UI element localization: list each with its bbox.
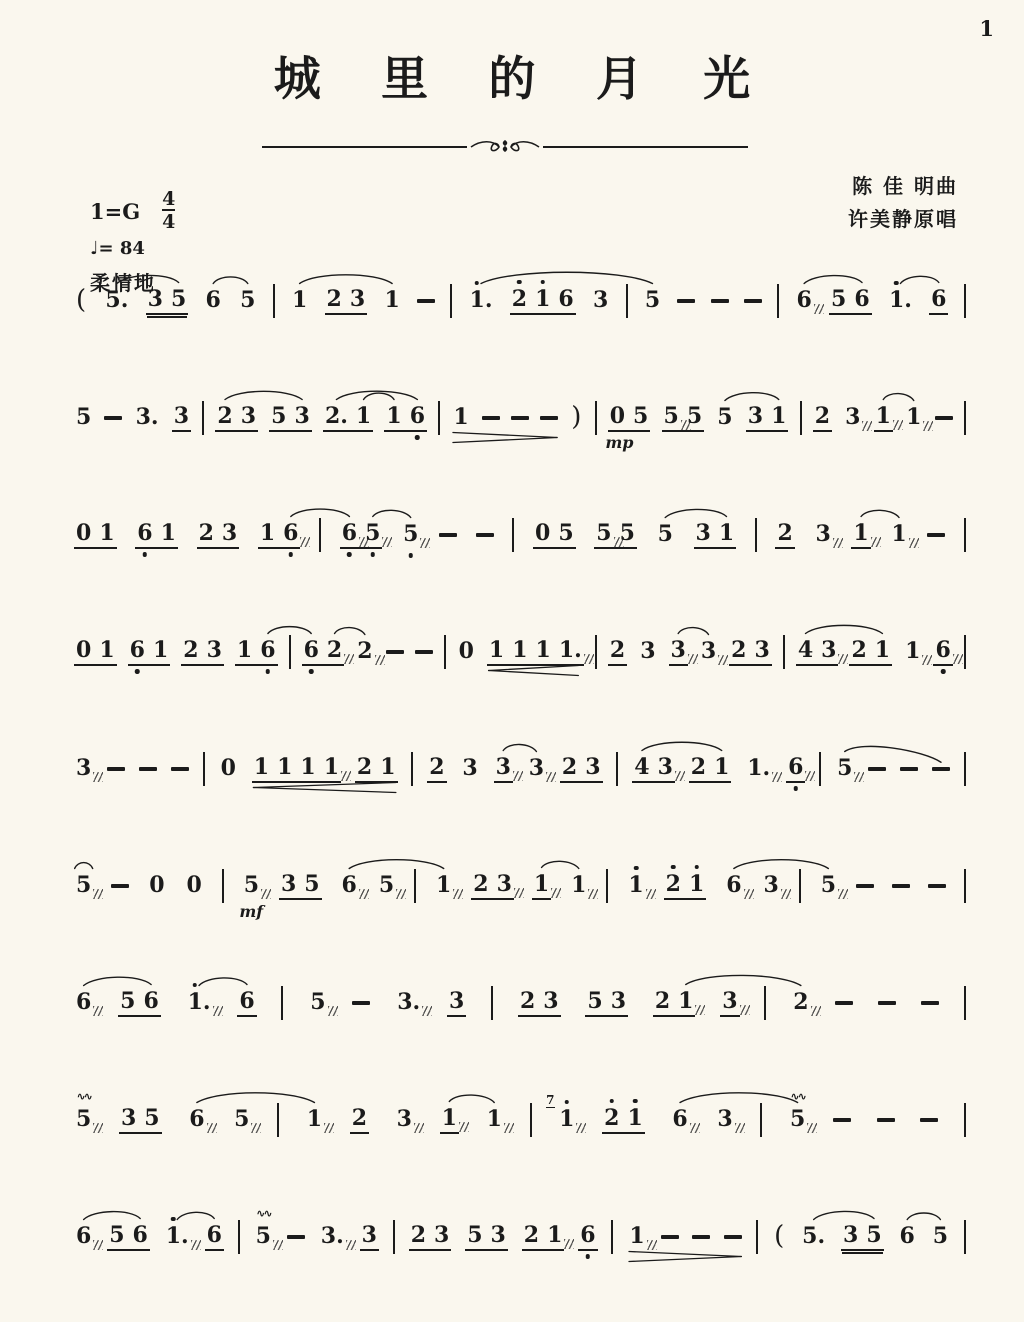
note: 6 [133,1224,148,1246]
page-number: 1 [979,16,994,41]
note-group: 35 [279,873,322,900]
note-group: 23 [409,1224,452,1251]
dash-extension [287,1235,305,1239]
dash-extension [415,650,433,654]
note: 2 [520,990,535,1012]
note: 17 [559,1108,574,1130]
note: 1 [356,405,371,427]
music-line: 0161231662201111.233323432116 [74,605,966,687]
note: 1 [534,873,549,895]
note-group: 3 [447,990,466,1017]
vibrato-mark-icon [300,537,310,547]
dash-extension [900,767,918,771]
music-line: 0161231665505555312311 [74,488,966,570]
note-group: 3 [460,757,479,782]
octave-dot-low [143,552,148,557]
barline [964,752,966,786]
barline [444,635,446,669]
note-group: 35 [119,1107,162,1134]
note: 1 [324,756,339,778]
barline [277,1103,279,1137]
note: 5 [403,523,418,545]
note: 6 [143,990,158,1012]
note: 1 [260,522,275,544]
music-line: 6561.65∿∿3.323532161(5.3565 [74,1190,966,1272]
note: 5 [633,405,648,427]
note: 1 [853,522,868,544]
vibrato-mark-icon [514,888,524,898]
note: 2 [524,1224,539,1246]
note: 1 [99,639,114,661]
barline [616,752,618,786]
vibrato-mark-icon [213,1006,223,1016]
note: 5∿∿ [790,1108,805,1130]
note: 5 [234,1108,249,1130]
dash-extension [476,533,494,537]
note: 3 [815,523,830,545]
note: 1 [719,522,734,544]
note-group: 6 [933,639,952,666]
note-group: 6 [670,1108,689,1133]
note-group: 55 [662,405,705,432]
note-group: 23 [325,288,368,315]
note: 3 [543,990,558,1012]
note: 5∿∿ [256,1225,271,1247]
note-group: 2.1 [323,405,373,432]
note: 5 [620,522,635,544]
vibrato-mark-icon [735,1123,745,1133]
vibrato-mark-icon [375,655,385,665]
dash-extension [928,884,946,888]
vibrato-mark-icon [893,420,903,430]
note-group: 6 [578,1224,597,1251]
note: 2 [562,756,577,778]
note: 1 [153,639,168,661]
barline [393,1220,395,1254]
note: 1 [307,1108,322,1130]
sheet-page: 1 城 里 的 月 光 陈 佳 明曲 许美静原唱 1=G 4 4 ♩= 84 柔… [0,0,1024,1322]
note: 5 [304,873,319,895]
barline [606,869,608,903]
dash-extension [386,650,404,654]
note-group: 6 [724,874,743,899]
trill-icon: ∿∿ [256,1208,270,1219]
vibrato-mark-icon [382,537,392,547]
note: 1 [442,1107,457,1129]
note-group: 16 [235,639,278,666]
music-line: (5.356512311.216356561.6 [74,254,966,336]
note: 2 [731,639,746,661]
note-row: 5005356512311121635 [74,865,966,907]
note: 5 [596,522,611,544]
note: 5. [802,1225,825,1247]
note: 3 [585,756,600,778]
note: 5 [379,874,394,896]
vibrato-mark-icon [346,1240,356,1250]
note: 5 [76,874,91,896]
note-group: 1. [164,1225,191,1250]
note-group: 43 [796,639,839,666]
barline [819,752,821,786]
vibrato-mark-icon [513,771,523,781]
octave-dot-high [610,1099,615,1104]
note-group: 23 [197,522,240,549]
note: 3 [362,1224,377,1246]
singer-credit: 许美静原唱 [848,203,958,236]
note: 2 [357,640,372,662]
vibrato-mark-icon [93,1123,103,1133]
dash-extension [111,884,129,888]
note: 5 [717,406,732,428]
barline [319,518,321,552]
dash-extension [877,1118,895,1122]
note-group: 5 [656,523,675,548]
note-group: 1 [485,1108,504,1133]
dash-extension [892,884,910,888]
barline [222,869,224,903]
note: 6 [342,522,357,544]
note: 6 [137,522,152,544]
note: 1. [889,289,912,311]
note: 5 [664,405,679,427]
note: 1 [689,873,704,895]
note-group: 62 [302,639,345,666]
note-group: 3 [720,990,739,1017]
note-group: 2 [350,1107,369,1134]
vibrato-mark-icon [588,889,598,899]
note: 2 [429,756,444,778]
barline [964,635,966,669]
note: 3 [843,1224,858,1246]
barline [289,635,291,669]
note-group: 0 [219,757,238,782]
octave-dot-high [565,1100,570,1105]
octave-dot-low [586,1254,591,1259]
barline [611,1220,613,1254]
octave-dot-high [541,280,546,285]
note-group: 23 [471,873,514,900]
note-group: 5 [74,874,93,899]
note-group: 1 [851,522,870,549]
note: 5 [837,757,852,779]
vibrato-mark-icon [695,1005,705,1015]
time-signature-top: 4 [162,190,175,209]
note: 1 [535,288,550,310]
note: 3 [207,639,222,661]
note: 6 [726,874,741,896]
note: 5 [76,406,91,428]
vibrato-mark-icon [504,1123,514,1133]
note: 3 [763,874,778,896]
note-group: 1. [468,289,495,314]
vibrato-mark-icon [923,421,933,431]
barline [438,401,440,435]
vibrato-mark-icon [740,1005,750,1015]
vibrato-mark-icon [191,1240,201,1250]
note: 1 [161,522,176,544]
note: 6 [342,874,357,896]
barline [202,401,204,435]
note-group: 23 [518,990,561,1017]
note-group: 3 [494,756,513,783]
octave-dot-low [135,669,140,674]
note-group: 21 [522,1224,565,1251]
note: 3. [321,1225,344,1247]
dash-extension [711,299,729,303]
note: 3 [76,757,91,779]
octave-dot-high [171,1217,176,1222]
note: 3 [491,1224,506,1246]
note: 3 [294,405,309,427]
dash-extension [352,1001,370,1005]
note-group: 3 [638,640,657,665]
barline [783,635,785,669]
note-group: 1 [440,1107,459,1134]
note-group: 1 [627,1225,646,1250]
note-row: 3011112123332343211.65 [74,748,966,790]
note: 6 [207,1224,222,1246]
note: 2 [327,639,342,661]
note-group: 1 [903,640,922,665]
note-row: 0161231662201111.233323432116 [74,631,966,673]
note-group: 16 [384,405,427,432]
note-group: 1. [745,757,772,782]
note: 3 [717,1108,732,1130]
vibrato-mark-icon [261,889,271,899]
vibrato-mark-icon [251,1123,261,1133]
note: 6 [788,756,803,778]
note: 2 [691,756,706,778]
note-group: 3 [715,1108,734,1133]
note-row: 6561.653.323532132 [74,982,966,1024]
barline [626,284,628,318]
note: 1 [714,756,729,778]
note-group: 55 [594,522,637,549]
dynamic-marking: mp [605,433,633,452]
note-group: 17 [557,1108,576,1133]
note-group: 3 [591,289,610,314]
dash-extension [868,767,886,771]
note-group: 56 [829,288,872,315]
note: 0 [76,639,91,661]
note: 6 [283,522,298,544]
note-group: ( [772,1223,786,1252]
note-group: 5∿∿ [254,1225,273,1250]
note-row: 6561.65∿∿3.323532161(5.3565 [74,1216,966,1258]
note: 2. [325,405,348,427]
note-group: 6 [794,289,813,314]
vibrato-mark-icon [453,889,463,899]
music-line: 5005356512311121635mf [74,839,966,921]
vibrato-mark-icon [584,654,594,664]
note: 5 [244,874,259,896]
vibrato-mark-icon [646,889,656,899]
note-group: 21 [664,873,707,900]
note: 3 [121,1107,136,1129]
dash-extension [104,416,122,420]
note: 1 [891,523,906,545]
note: 4 [798,639,813,661]
octave-dot-high [517,280,522,285]
note: 6 [260,639,275,661]
vibrato-mark-icon [838,889,848,899]
note-group: 6 [187,1108,206,1133]
barline [799,869,801,903]
octave-dot-low [941,669,946,674]
vibrato-mark-icon [564,1239,574,1249]
note: 0 [610,405,625,427]
note-group: 5 [715,406,734,431]
note-group: 1 [305,1108,324,1133]
vibrato-mark-icon [324,1123,334,1133]
note-group: 35 [841,1224,884,1251]
note: 3 [722,990,737,1012]
vibrato-mark-icon [807,1123,817,1133]
dash-extension [856,884,874,888]
vibrato-mark-icon [833,538,843,548]
note: 4 [634,756,649,778]
dash-extension [921,1001,939,1005]
music-line: 53.323532.1161)05555312311mp [74,371,966,453]
note-group: 1 [451,406,470,431]
key-label: 1=G [90,199,140,224]
note-group: 53 [269,405,312,432]
note-group: 65 [340,522,383,549]
note: 2 [604,1107,619,1129]
note: 5 [831,288,846,310]
note-group: 1 [874,405,893,432]
note: 3 [222,522,237,544]
note: 3 [350,288,365,310]
note: 5∿∿ [76,1108,91,1130]
note-group: 1 [434,874,453,899]
note: 1 [876,405,891,427]
note: 1 [386,405,401,427]
note: 0 [186,874,201,896]
note: 3 [658,756,673,778]
octave-dot-low [309,669,314,674]
note: 3 [281,873,296,895]
note-group: 3. [395,991,422,1016]
octave-dot-high [475,281,480,286]
note-group: 1 [382,289,401,314]
note-group: 56 [107,1224,150,1251]
note-group: 3 [843,406,862,431]
note-group: 21 [355,756,398,783]
note: 2 [217,405,232,427]
vibrato-mark-icon [273,1240,283,1250]
vibrato-mark-icon [805,771,815,781]
note: 6 [796,289,811,311]
note: 6 [580,1224,595,1246]
dash-extension [744,299,762,303]
note-group: 21 [849,639,892,666]
note: 1 [237,639,252,661]
note-group: 6 [74,1225,93,1250]
credits: 陈 佳 明曲 许美静原唱 [848,170,958,236]
note-group: 53 [585,990,628,1017]
note: ) [571,404,581,430]
trill-icon: ∿∿ [790,1091,804,1102]
note-group: 6 [898,1225,917,1250]
octave-dot-low [289,552,294,557]
octave-dot-low [408,553,413,558]
note: 5 [821,874,836,896]
note: 6 [854,288,869,310]
note: 3 [701,640,716,662]
note-group: 0 [457,640,476,665]
note-group: 31 [746,405,789,432]
barline [777,284,779,318]
vibrato-mark-icon [922,655,932,665]
note: 1 [905,640,920,662]
vibrato-mark-icon [862,421,872,431]
note-group: 0 [184,874,203,899]
barline [414,869,416,903]
note: 2 [327,288,342,310]
vibrato-mark-icon [871,537,881,547]
note: 3 [241,405,256,427]
octave-dot-high [694,865,699,870]
vibrato-mark-icon [93,1240,103,1250]
note-group: 5 [74,406,93,431]
note: 3 [496,756,511,778]
note-group: 6 [74,991,93,1016]
note-group: 3 [360,1224,379,1251]
note-group: 5 [242,874,261,899]
note: 1 [627,1107,642,1129]
vibrato-mark-icon [420,538,430,548]
vibrato-mark-icon [772,772,782,782]
dash-extension [920,1118,938,1122]
note: 2 [851,639,866,661]
vibrato-mark-icon [854,772,864,782]
note: 1 [300,756,315,778]
vibrato-mark-icon [647,1240,657,1250]
note: 1 [436,874,451,896]
note: 6 [76,1225,91,1247]
note: 6 [931,288,946,310]
barline [964,284,966,318]
note-group: 1 [904,406,923,431]
vibrato-mark-icon [546,772,556,782]
note: 3 [529,757,544,779]
vibrato-mark-icon [551,888,561,898]
note-group: 1 [626,874,645,899]
dash-extension [724,1235,742,1239]
vibrato-mark-icon [328,1006,338,1016]
dash-extension [835,1001,853,1005]
note: 0 [221,757,236,779]
note: 1. [559,639,582,661]
note-row: 5∿∿3565123111721635∿∿ [74,1099,966,1141]
octave-dot-high [894,281,899,286]
vibrato-mark-icon [414,1123,424,1133]
note: 6 [189,1108,204,1130]
note-group: 1 [889,523,908,548]
note: 3 [497,873,512,895]
dash-extension [661,1235,679,1239]
note-group: 2 [775,522,794,549]
note-group: 16 [258,522,301,549]
note-group: 1. [887,289,914,314]
note: 3 [640,640,655,662]
note: 3. [136,406,159,428]
note: 3 [397,1108,412,1130]
note: 5 [271,405,286,427]
note-group: 5 [232,1108,251,1133]
vibrato-mark-icon [93,1006,103,1016]
